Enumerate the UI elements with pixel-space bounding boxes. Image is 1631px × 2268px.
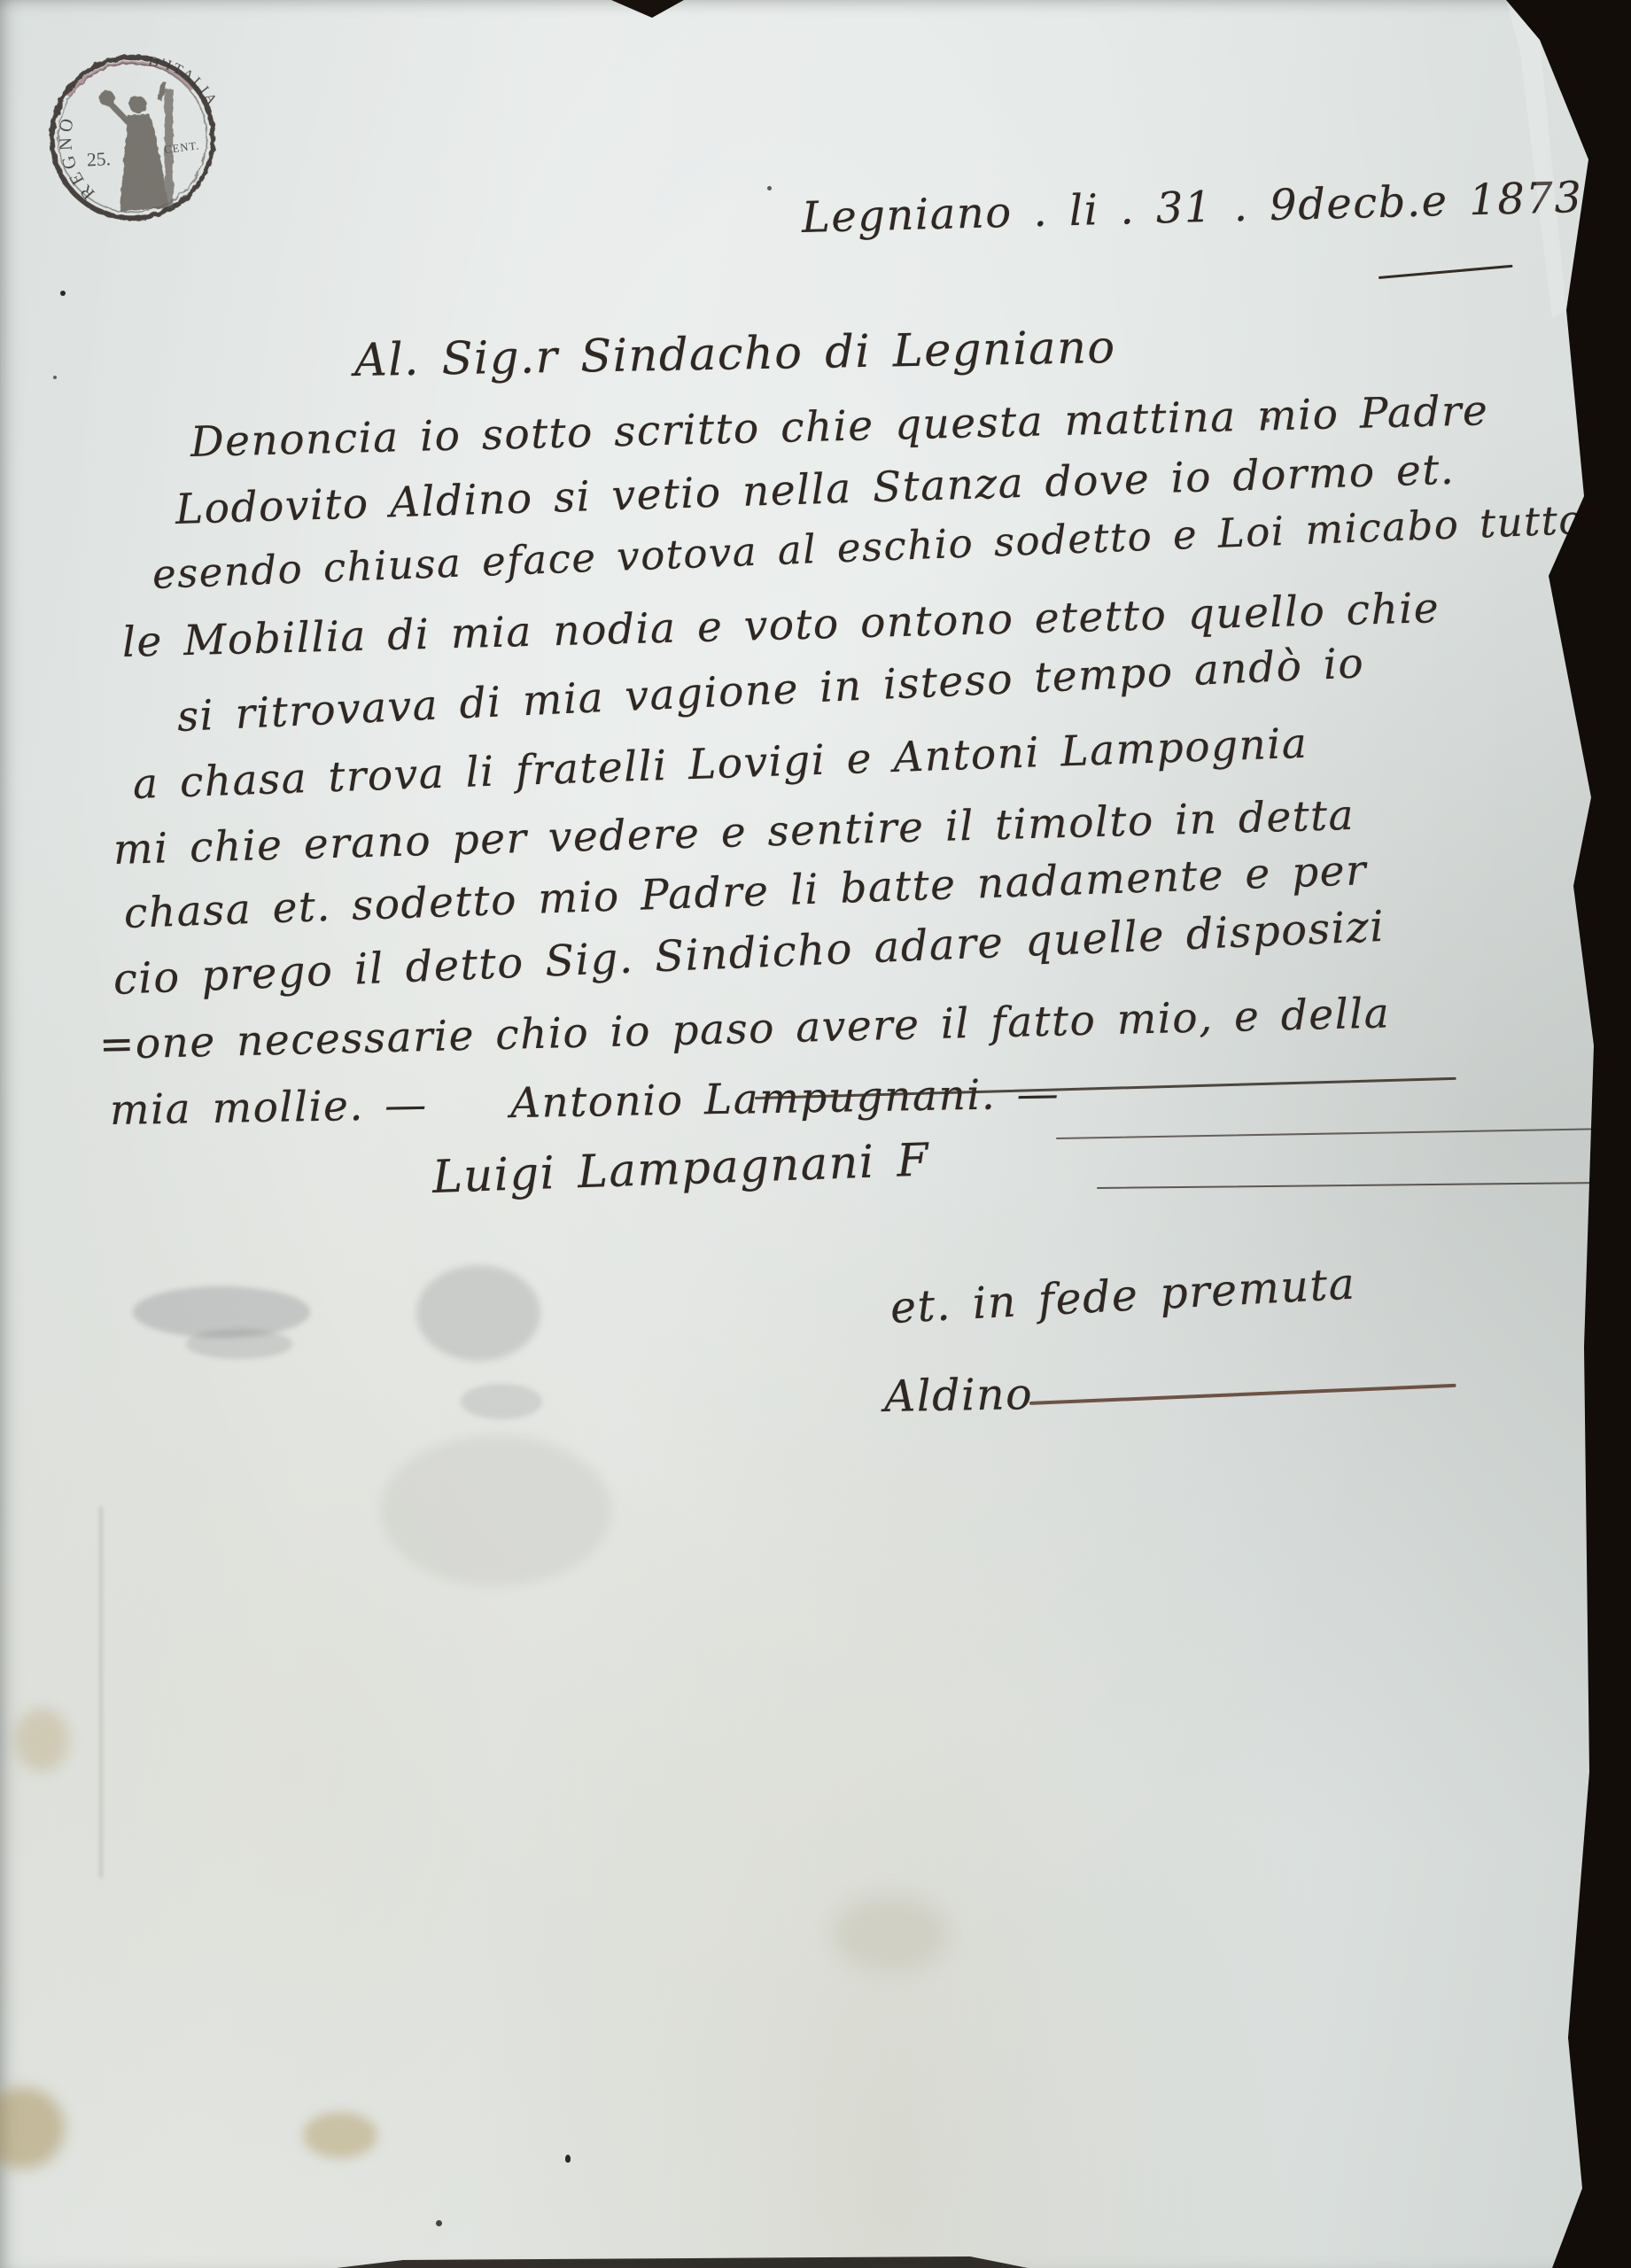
paper-fold-highlight bbox=[1506, 0, 1566, 319]
pencil-smudge bbox=[133, 1286, 310, 1338]
stain bbox=[14, 1708, 69, 1772]
pencil-smudge bbox=[416, 1265, 540, 1361]
signature-aldino: Aldino bbox=[884, 1369, 1034, 1422]
torn-edge-bottom bbox=[337, 2256, 1028, 2268]
ink-dot bbox=[60, 291, 66, 296]
pencil-smudge bbox=[461, 1384, 542, 1419]
revenue-stamp: REGNO D'ITALIA 25. CENT. bbox=[33, 36, 233, 237]
torn-edge-right bbox=[1506, 0, 1631, 2268]
ink-dot bbox=[767, 186, 772, 190]
body-line: =one necessarie chio io paso avere il fa… bbox=[98, 989, 1391, 1069]
attestation-line: et. in fede premuta bbox=[889, 1259, 1357, 1333]
stamp-value: 25. bbox=[86, 148, 111, 170]
luigi-dash-line bbox=[1097, 1182, 1604, 1189]
stamp-figure-icon bbox=[98, 82, 179, 212]
antonio-second-line bbox=[1056, 1128, 1616, 1139]
salutation: Al. Sig.r Sindacho di Legniano bbox=[353, 322, 1116, 387]
closing-text: mia mollie. — bbox=[110, 1081, 429, 1135]
dateline: Legniano . li . 31 . 9decb.e 1873 bbox=[801, 173, 1583, 243]
crease-mark bbox=[99, 1506, 103, 1878]
closing-line: mia mollie. — Antonio Lampugnani. — bbox=[110, 1069, 1060, 1135]
torn-edge-top-notch bbox=[611, 0, 684, 18]
faint-ghost-writing bbox=[381, 1435, 611, 1586]
stamp-text-ditalia: D'ITALIA bbox=[146, 49, 221, 112]
stain bbox=[303, 2112, 377, 2158]
ink-dot bbox=[436, 2220, 442, 2226]
aldino-dash-line bbox=[1029, 1384, 1456, 1405]
signature-luigi: Luigi Lampagnani F bbox=[431, 1134, 930, 1204]
ink-dot bbox=[565, 2155, 571, 2163]
signature-antonio: Antonio Lampugnani. — bbox=[510, 1069, 1060, 1128]
stain bbox=[833, 1896, 948, 1971]
scanned-letter-page: REGNO D'ITALIA 25. CENT. Legniano . li .… bbox=[0, 0, 1631, 2268]
ink-dot bbox=[53, 376, 57, 379]
stain bbox=[0, 2087, 65, 2169]
pencil-smudge bbox=[186, 1329, 292, 1359]
ink-dot bbox=[1265, 418, 1270, 423]
dateline-underline bbox=[1379, 265, 1513, 279]
